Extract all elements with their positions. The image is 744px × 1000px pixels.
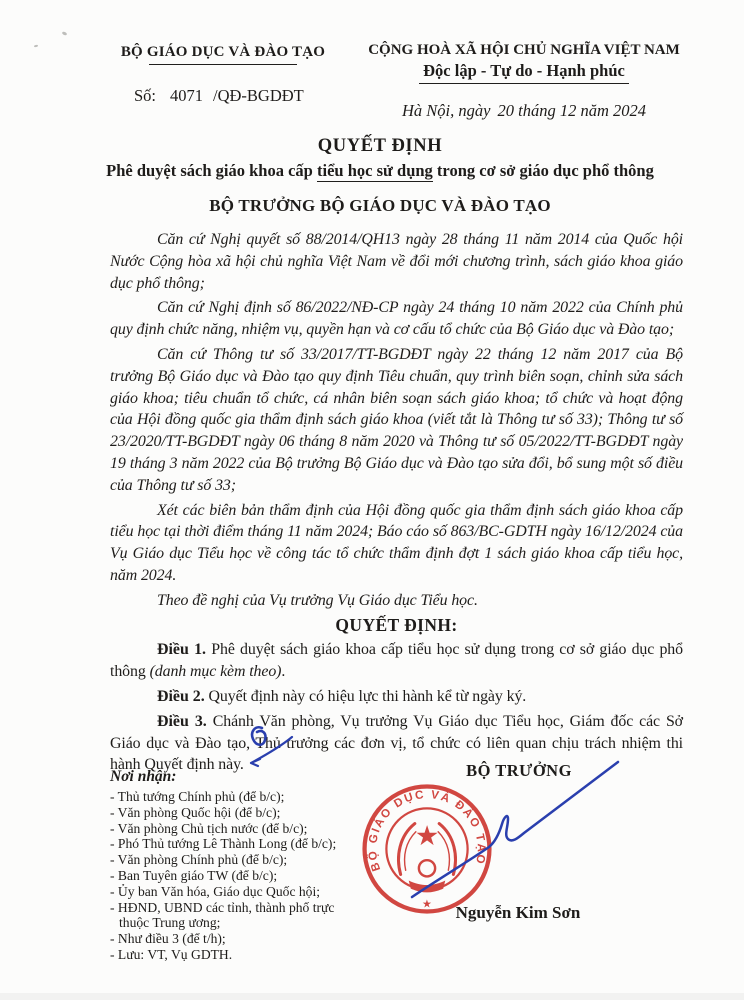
place-date-line: Hà Nội, ngày20 tháng 12 năm 2024: [354, 101, 694, 121]
recital-paragraph: Căn cứ Nghị định số 86/2022/NĐ-CP ngày 2…: [110, 297, 683, 341]
document-number-suffix: /QĐ-BGDĐT: [213, 86, 304, 105]
recital-paragraph: Theo đề nghị của Vụ trưởng Vụ Giáo dục T…: [110, 590, 683, 612]
recital-paragraph: Căn cứ Thông tư số 33/2017/TT-BGDĐT ngày…: [110, 344, 683, 497]
agency-underline: [149, 64, 297, 65]
recipient-item: - Văn phòng Chủ tịch nước (để b/c);: [110, 821, 362, 837]
issuing-agency-block: BỘ GIÁO DỤC VÀ ĐÀO TẠO Số:4071/QĐ-BGDĐT: [104, 44, 342, 106]
national-header-block: CỘNG HOÀ XÃ HỘI CHỦ NGHĨA VIỆT NAM Độc l…: [354, 42, 694, 121]
article-2-label: Điều 2.: [157, 688, 205, 705]
document-title-block: QUYẾT ĐỊNH Phê duyệt sách giáo khoa cấp …: [52, 136, 708, 216]
recipient-item: - Thủ tướng Chính phủ (để b/c);: [110, 789, 362, 805]
issuing-agency-name: BỘ GIÁO DỤC VÀ ĐÀO TẠO: [104, 44, 342, 61]
article-1-italic: (danh mục kèm theo): [150, 663, 282, 680]
article-2: Điều 2. Quyết định này có hiệu lực thi h…: [110, 686, 683, 708]
scan-edge-strip: [0, 993, 744, 1000]
document-subject: Phê duyệt sách giáo khoa cấp tiểu học sử…: [52, 161, 708, 181]
scan-speck: [62, 31, 68, 36]
recital-paragraph: Xét các biên bản thẩm định của Hội đồng …: [110, 500, 683, 587]
recipient-item: - Ban Tuyên giáo TW (để b/c);: [110, 868, 362, 884]
article-1-end: .: [281, 663, 285, 680]
recipient-item: - Ủy ban Văn hóa, Giáo dục Quốc hội;: [110, 884, 362, 900]
scan-speck: [34, 45, 38, 48]
document-kind: QUYẾT ĐỊNH: [52, 136, 708, 157]
document-number-value: 4071: [170, 86, 203, 105]
recipient-item: - Văn phòng Quốc hội (để b/c);: [110, 805, 362, 821]
article-2-text: Quyết định này có hiệu lực thi hành kể t…: [205, 688, 526, 705]
recipient-item: - Phó Thủ tướng Lê Thành Long (để b/c);: [110, 836, 362, 852]
ink-paraph-mark: [246, 723, 304, 773]
decision-heading: QUYẾT ĐỊNH:: [110, 615, 683, 637]
document-body: Căn cứ Nghị quyết số 88/2014/QH13 ngày 2…: [110, 229, 683, 779]
recipient-item: - HĐND, UBND các tỉnh, thành phố trực th…: [110, 900, 362, 932]
issuing-authority: BỘ TRƯỞNG BỘ GIÁO DỤC VÀ ĐÀO TẠO: [52, 196, 708, 216]
article-1: Điều 1. Phê duyệt sách giáo khoa cấp tiể…: [110, 639, 683, 683]
recipient-item: - Như điều 3 (để t/h);: [110, 931, 362, 947]
dateline-place: Hà Nội, ngày: [402, 101, 490, 120]
recipients-label: Nơi nhận:: [110, 768, 362, 786]
national-motto: Độc lập - Tự do - Hạnh phúc: [419, 61, 629, 84]
signature-stroke: [395, 750, 635, 910]
article-3-label: Điều 3.: [157, 713, 207, 730]
article-1-label: Điều 1.: [157, 641, 206, 658]
subject-pre: Phê duyệt sách giáo khoa cấp: [106, 161, 317, 180]
recipient-item: - Lưu: VT, Vụ GDTH.: [110, 947, 362, 963]
subject-post: trong cơ sở giáo dục phổ thông: [433, 161, 654, 180]
document-number-line: Số:4071/QĐ-BGDĐT: [104, 86, 342, 106]
subject-underlined: tiểu học sử dụng: [317, 161, 433, 182]
scanned-decision-document: BỘ GIÁO DỤC VÀ ĐÀO TẠO Số:4071/QĐ-BGDĐT …: [0, 0, 744, 1000]
national-title: CỘNG HOÀ XÃ HỘI CHỦ NGHĨA VIỆT NAM: [354, 42, 694, 59]
signer-name: Nguyễn Kim Sơn: [423, 903, 613, 923]
document-number-label: Số:: [134, 86, 156, 105]
recipients-block: Nơi nhận: - Thủ tướng Chính phủ (để b/c)…: [110, 768, 362, 963]
dateline-date: 20 tháng 12 năm 2024: [497, 101, 646, 120]
recital-paragraph: Căn cứ Nghị quyết số 88/2014/QH13 ngày 2…: [110, 229, 683, 294]
recipient-item: - Văn phòng Chính phủ (để b/c);: [110, 852, 362, 868]
